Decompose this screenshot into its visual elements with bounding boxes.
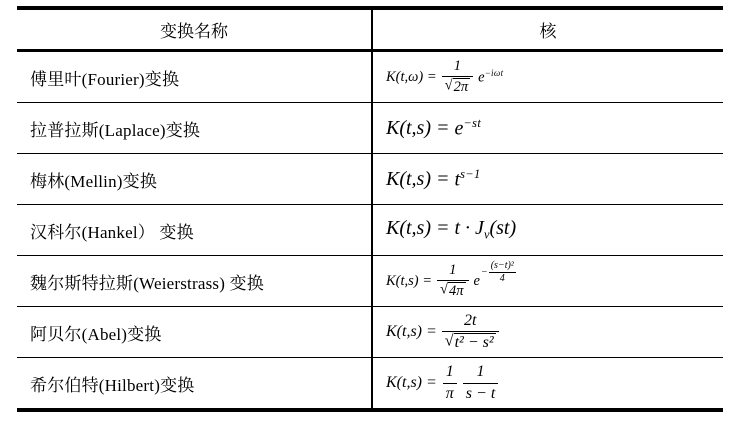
kernel-formula: K(t,ω) = 1 √ 2π e−iωt (386, 58, 504, 95)
formula-lhs: K(t,s) = (386, 273, 432, 290)
denominator: √ 4π (437, 280, 468, 300)
numerator: 1 (473, 363, 489, 382)
kernel-cell: K(t,s) = 1 π 1 s − t (371, 358, 723, 408)
kernel-formula: K(t,s) = 2t √ t² − s² (386, 312, 499, 353)
transform-name: 魏尔斯特拉斯(Weierstrass) 变换 (17, 256, 371, 306)
kernel-cell: K(t,ω) = 1 √ 2π e−iωt (371, 52, 723, 102)
kernel-cell: K(t,s) = ts−1 (371, 154, 723, 204)
table-row: 傅里叶(Fourier)变换 K(t,ω) = 1 √ 2π e−iωt (17, 52, 723, 103)
fraction: 2t √ t² − s² (442, 312, 499, 353)
numerator: 1 (442, 363, 458, 382)
formula-lhs: K(t,s) = t · J (386, 217, 484, 239)
kernel-cell: K(t,s) = e−st (371, 103, 723, 153)
table-row: 汉科尔(Hankel） 变换 K(t,s) = t · Jv(st) (17, 205, 723, 256)
transforms-table: 变换名称 核 傅里叶(Fourier)变换 K(t,ω) = 1 √ 2π e−… (17, 6, 723, 412)
kernel-formula: K(t,s) = t · Jv(st) (386, 217, 516, 242)
radical-sign: √ (445, 79, 453, 94)
kernel-cell: K(t,s) = 2t √ t² − s² (371, 307, 723, 357)
denominator: π (443, 383, 457, 403)
numerator: 1 (445, 262, 460, 280)
exponential-term: e−iωt (478, 68, 503, 86)
square-root: √ t² − s² (445, 333, 496, 352)
bessel-argument: (st) (489, 217, 516, 239)
fraction: 1 √ 4π (437, 262, 468, 299)
radicand: 4π (448, 282, 466, 300)
transform-name: 希尔伯特(Hilbert)变换 (17, 358, 371, 408)
transform-name: 汉科尔(Hankel） 变换 (17, 205, 371, 255)
kernel-formula: K(t,s) = ts−1 (386, 167, 481, 191)
transform-name: 梅林(Mellin)变换 (17, 154, 371, 204)
kernel-formula: K(t,s) = 1 √ 4π e − (s−t)² (386, 262, 516, 299)
exponent: − (s−t)² 4 (481, 260, 516, 284)
formula-lhs: K(t,s) = (386, 168, 450, 191)
formula-lhs: K(t,ω) = (386, 69, 437, 86)
denominator: √ 2π (442, 76, 473, 96)
header-transform-name: 变换名称 (17, 10, 371, 49)
square-root: √ 2π (445, 78, 470, 96)
kernel-cell: K(t,s) = 1 √ 4π e − (s−t)² (371, 256, 723, 306)
square-root: √ 4π (440, 282, 465, 300)
formula-lhs: K(t,s) = (386, 374, 437, 392)
numerator: 2t (460, 312, 480, 331)
header-kernel: 核 (371, 10, 723, 49)
table-row: 阿贝尔(Abel)变换 K(t,s) = 2t √ t² − s² (17, 307, 723, 358)
table-header-row: 变换名称 核 (17, 10, 723, 52)
transform-name: 阿贝尔(Abel)变换 (17, 307, 371, 357)
exponent: s−1 (460, 167, 481, 181)
table-row: 魏尔斯特拉斯(Weierstrass) 变换 K(t,s) = 1 √ 4π e (17, 256, 723, 307)
kernel-formula: K(t,s) = 1 π 1 s − t (386, 363, 498, 403)
kernel-formula: K(t,s) = e−st (386, 116, 481, 140)
formula-lhs: K(t,s) = (386, 323, 437, 341)
denominator: s − t (463, 383, 498, 403)
transform-name: 傅里叶(Fourier)变换 (17, 52, 371, 102)
table-row: 希尔伯特(Hilbert)变换 K(t,s) = 1 π 1 s − t (17, 358, 723, 408)
denominator: √ t² − s² (442, 331, 499, 352)
exp-base: e (474, 273, 480, 290)
radical-sign: √ (445, 334, 454, 350)
exponent: −iωt (485, 68, 504, 78)
table-row: 梅林(Mellin)变换 K(t,s) = ts−1 (17, 154, 723, 205)
fraction-st: 1 s − t (463, 363, 498, 403)
bessel-term: K(t,s) = t · Jv(st) (386, 217, 516, 242)
fraction: 1 √ 2π (442, 58, 473, 95)
exponent-fraction: (s−t)² 4 (489, 260, 516, 284)
transform-name: 拉普拉斯(Laplace)变换 (17, 103, 371, 153)
radicand: 2π (453, 78, 471, 96)
formula-lhs: K(t,s) = (386, 117, 450, 140)
numerator: 1 (450, 58, 465, 76)
exponent-sign: − (481, 267, 488, 278)
exponential-term: e−st (455, 116, 482, 140)
power-term: ts−1 (455, 167, 481, 191)
kernel-cell: K(t,s) = t · Jv(st) (371, 205, 723, 255)
exponential-term: e − (s−t)² 4 (474, 269, 516, 293)
radical-sign: √ (440, 283, 448, 298)
exponent: −st (463, 116, 481, 130)
table-row: 拉普拉斯(Laplace)变换 K(t,s) = e−st (17, 103, 723, 154)
fraction-pi: 1 π (442, 363, 458, 403)
exponent-numerator: (s−t)² (489, 260, 516, 273)
radicand: t² − s² (454, 333, 496, 352)
exponent-denominator: 4 (500, 273, 505, 285)
